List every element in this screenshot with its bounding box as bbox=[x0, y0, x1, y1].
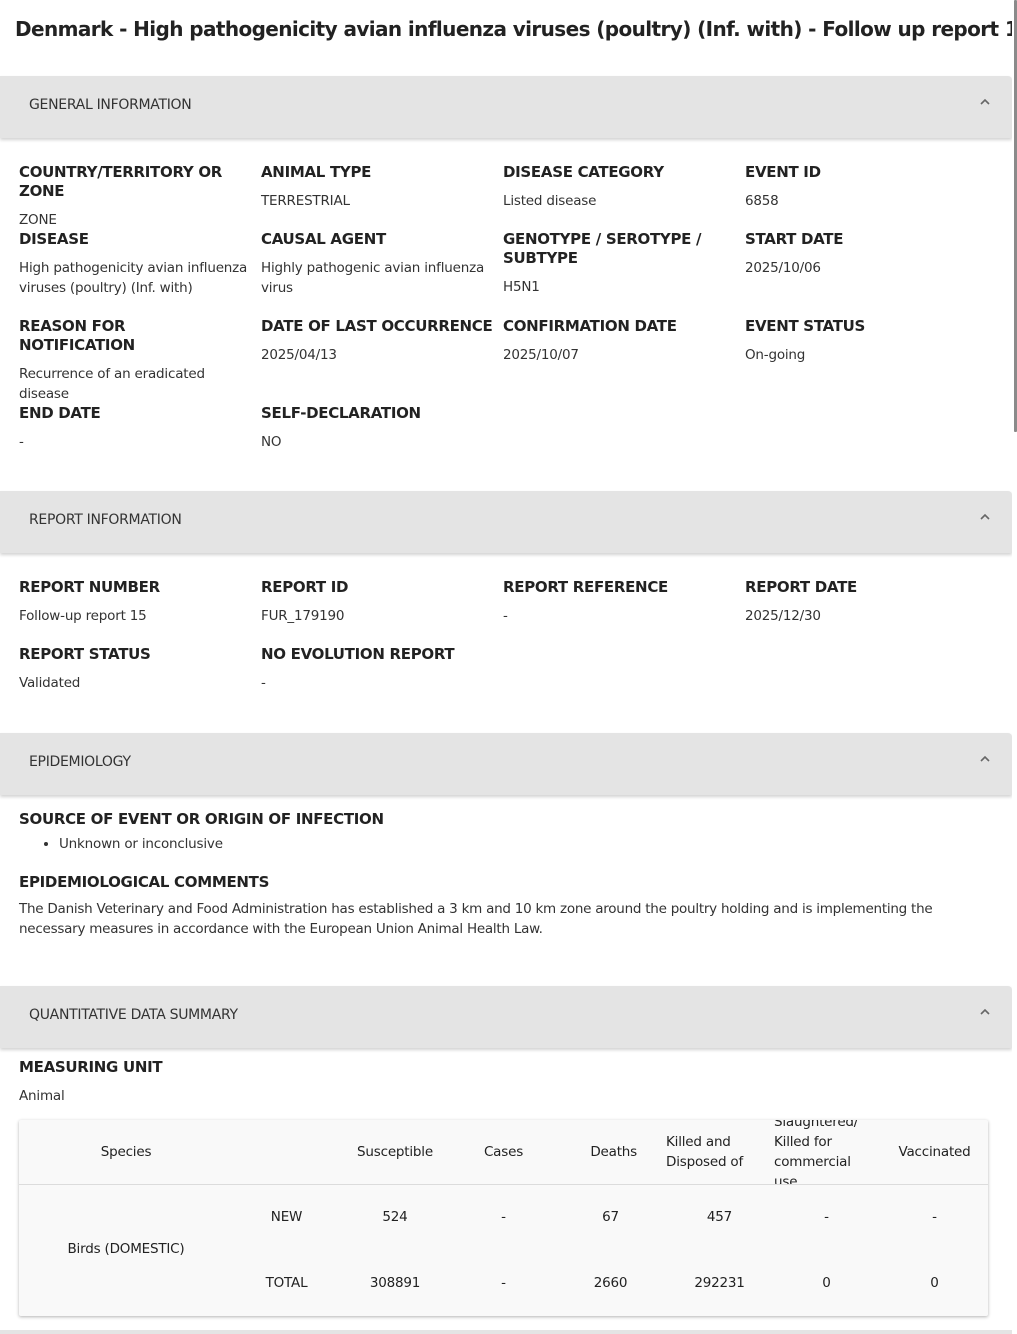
field-value: Validated bbox=[19, 673, 259, 693]
field-event-id: EVENT ID 6858 bbox=[745, 163, 985, 211]
source-list: Unknown or inconclusive bbox=[41, 836, 223, 852]
field-report-reference: REPORT REFERENCE - bbox=[503, 578, 743, 626]
cases-value: - bbox=[450, 1275, 557, 1291]
field-value: High pathogenicity avian influenza virus… bbox=[19, 258, 259, 298]
field-value: Follow-up report 15 bbox=[19, 606, 259, 626]
scrollbar[interactable] bbox=[1012, 0, 1017, 1334]
field-value: Highly pathogenic avian influenza virus bbox=[261, 258, 501, 298]
field-key: REPORT ID bbox=[261, 578, 501, 597]
source-item: Unknown or inconclusive bbox=[59, 836, 223, 852]
field-value: Recurrence of an eradicated disease bbox=[19, 364, 244, 404]
field-key: MEASURING UNIT bbox=[19, 1058, 259, 1077]
field-key: EVENT ID bbox=[745, 163, 985, 182]
field-value: 2025/10/06 bbox=[745, 258, 985, 278]
section-header-report-information[interactable]: REPORT INFORMATION bbox=[0, 491, 1012, 553]
deaths-value: 67 bbox=[557, 1209, 664, 1225]
field-value: FUR_179190 bbox=[261, 606, 501, 626]
comments-heading: EPIDEMIOLOGICAL COMMENTS bbox=[19, 873, 619, 892]
field-key: CONFIRMATION DATE bbox=[503, 317, 743, 336]
field-key: ANIMAL TYPE bbox=[261, 163, 501, 182]
section-label: GENERAL INFORMATION bbox=[29, 97, 191, 113]
field-end-date: END DATE - bbox=[19, 404, 259, 452]
field-key: DATE OF LAST OCCURRENCE bbox=[261, 317, 501, 336]
killed-value: 292231 bbox=[666, 1275, 773, 1291]
chevron-up-icon[interactable] bbox=[980, 754, 990, 764]
field-self-declaration: SELF-DECLARATION NO bbox=[261, 404, 501, 452]
chevron-up-icon[interactable] bbox=[980, 512, 990, 522]
col-killed-disposed: Killed and Disposed of bbox=[666, 1132, 766, 1172]
species-cell: Birds (DOMESTIC) bbox=[19, 1241, 233, 1257]
field-report-id: REPORT ID FUR_179190 bbox=[261, 578, 501, 626]
field-value: 6858 bbox=[745, 191, 985, 211]
field-disease-category: DISEASE CATEGORY Listed disease bbox=[503, 163, 743, 211]
field-value: 2025/10/07 bbox=[503, 345, 743, 365]
chevron-up-icon[interactable] bbox=[980, 1007, 990, 1017]
field-key: GENOTYPE / SEROTYPE / SUBTYPE bbox=[503, 230, 703, 268]
row-type: TOTAL bbox=[233, 1275, 340, 1291]
vaccinated-value: - bbox=[881, 1209, 988, 1225]
susceptible-value: 524 bbox=[340, 1209, 450, 1225]
susceptible-value: 308891 bbox=[340, 1275, 450, 1291]
next-section-edge bbox=[0, 1330, 1012, 1334]
field-country-zone: COUNTRY/TERRITORY OR ZONE ZONE bbox=[19, 163, 259, 230]
field-key: END DATE bbox=[19, 404, 259, 423]
field-measuring-unit: MEASURING UNIT Animal bbox=[19, 1058, 259, 1106]
field-report-number: REPORT NUMBER Follow-up report 15 bbox=[19, 578, 259, 626]
field-value: Listed disease bbox=[503, 191, 743, 211]
field-key: EVENT STATUS bbox=[745, 317, 985, 336]
col-species: Species bbox=[19, 1142, 233, 1162]
field-disease: DISEASE High pathogenicity avian influen… bbox=[19, 230, 259, 298]
row-type: NEW bbox=[233, 1209, 340, 1225]
deaths-value: 2660 bbox=[557, 1275, 664, 1291]
page-title: Denmark - High pathogenicity avian influ… bbox=[15, 17, 1017, 41]
field-value: 2025/04/13 bbox=[261, 345, 501, 365]
section-header-general-information[interactable]: GENERAL INFORMATION bbox=[0, 76, 1012, 138]
col-deaths: Deaths bbox=[557, 1142, 664, 1162]
col-slaughtered: Slaughtered/ Killed for commercial use bbox=[774, 1120, 874, 1185]
field-value: - bbox=[19, 432, 259, 452]
section-label: QUANTITATIVE DATA SUMMARY bbox=[29, 1007, 238, 1023]
field-key: COUNTRY/TERRITORY OR ZONE bbox=[19, 163, 259, 201]
vaccinated-value: 0 bbox=[881, 1275, 988, 1291]
table-header: Species Susceptible Cases Deaths Killed … bbox=[19, 1120, 988, 1185]
field-no-evolution-report: NO EVOLUTION REPORT - bbox=[261, 645, 501, 693]
field-key: REASON FOR NOTIFICATION bbox=[19, 317, 244, 355]
col-susceptible: Susceptible bbox=[340, 1142, 450, 1162]
epidemiological-comments: The Danish Veterinary and Food Administr… bbox=[19, 899, 994, 939]
field-value: 2025/12/30 bbox=[745, 606, 985, 626]
field-key: REPORT REFERENCE bbox=[503, 578, 743, 597]
field-comments-heading: EPIDEMIOLOGICAL COMMENTS bbox=[19, 873, 619, 892]
field-causal-agent: CAUSAL AGENT Highly pathogenic avian inf… bbox=[261, 230, 501, 298]
col-vaccinated: Vaccinated bbox=[881, 1142, 988, 1162]
field-reason-for-notification: REASON FOR NOTIFICATION Recurrence of an… bbox=[19, 317, 244, 404]
field-key: DISEASE CATEGORY bbox=[503, 163, 743, 182]
field-key: NO EVOLUTION REPORT bbox=[261, 645, 501, 664]
field-genotype: GENOTYPE / SEROTYPE / SUBTYPE H5N1 bbox=[503, 230, 703, 297]
field-date-last-occurrence: DATE OF LAST OCCURRENCE 2025/04/13 bbox=[261, 317, 501, 365]
chevron-up-icon[interactable] bbox=[980, 97, 990, 107]
field-value: - bbox=[503, 606, 743, 626]
field-animal-type: ANIMAL TYPE TERRESTRIAL bbox=[261, 163, 501, 211]
section-header-epidemiology[interactable]: EPIDEMIOLOGY bbox=[0, 733, 1012, 795]
killed-value: 457 bbox=[666, 1209, 773, 1225]
field-key: DISEASE bbox=[19, 230, 259, 249]
field-value: TERRESTRIAL bbox=[261, 191, 501, 211]
source-heading: SOURCE OF EVENT OR ORIGIN OF INFECTION bbox=[19, 810, 619, 829]
field-confirmation-date: CONFIRMATION DATE 2025/10/07 bbox=[503, 317, 743, 365]
field-value: Animal bbox=[19, 1086, 259, 1106]
field-key: START DATE bbox=[745, 230, 985, 249]
section-label: REPORT INFORMATION bbox=[29, 512, 182, 528]
field-key: REPORT NUMBER bbox=[19, 578, 259, 597]
field-value: ZONE bbox=[19, 210, 259, 230]
section-header-quantitative-data-summary[interactable]: QUANTITATIVE DATA SUMMARY bbox=[0, 986, 1012, 1048]
field-value: H5N1 bbox=[503, 277, 703, 297]
field-key: REPORT STATUS bbox=[19, 645, 259, 664]
slaughtered-value: - bbox=[773, 1209, 880, 1225]
field-report-date: REPORT DATE 2025/12/30 bbox=[745, 578, 985, 626]
col-cases: Cases bbox=[450, 1142, 557, 1162]
field-source-heading: SOURCE OF EVENT OR ORIGIN OF INFECTION bbox=[19, 810, 619, 829]
field-value: - bbox=[261, 673, 501, 693]
field-start-date: START DATE 2025/10/06 bbox=[745, 230, 985, 278]
field-key: CAUSAL AGENT bbox=[261, 230, 501, 249]
section-label: EPIDEMIOLOGY bbox=[29, 754, 131, 770]
field-report-status: REPORT STATUS Validated bbox=[19, 645, 259, 693]
field-value: On-going bbox=[745, 345, 985, 365]
quantitative-data-table: Species Susceptible Cases Deaths Killed … bbox=[19, 1120, 988, 1316]
field-key: SELF-DECLARATION bbox=[261, 404, 501, 423]
field-value: NO bbox=[261, 432, 501, 452]
slaughtered-value: 0 bbox=[773, 1275, 880, 1291]
cases-value: - bbox=[450, 1209, 557, 1225]
field-key: REPORT DATE bbox=[745, 578, 985, 597]
field-event-status: EVENT STATUS On-going bbox=[745, 317, 985, 365]
